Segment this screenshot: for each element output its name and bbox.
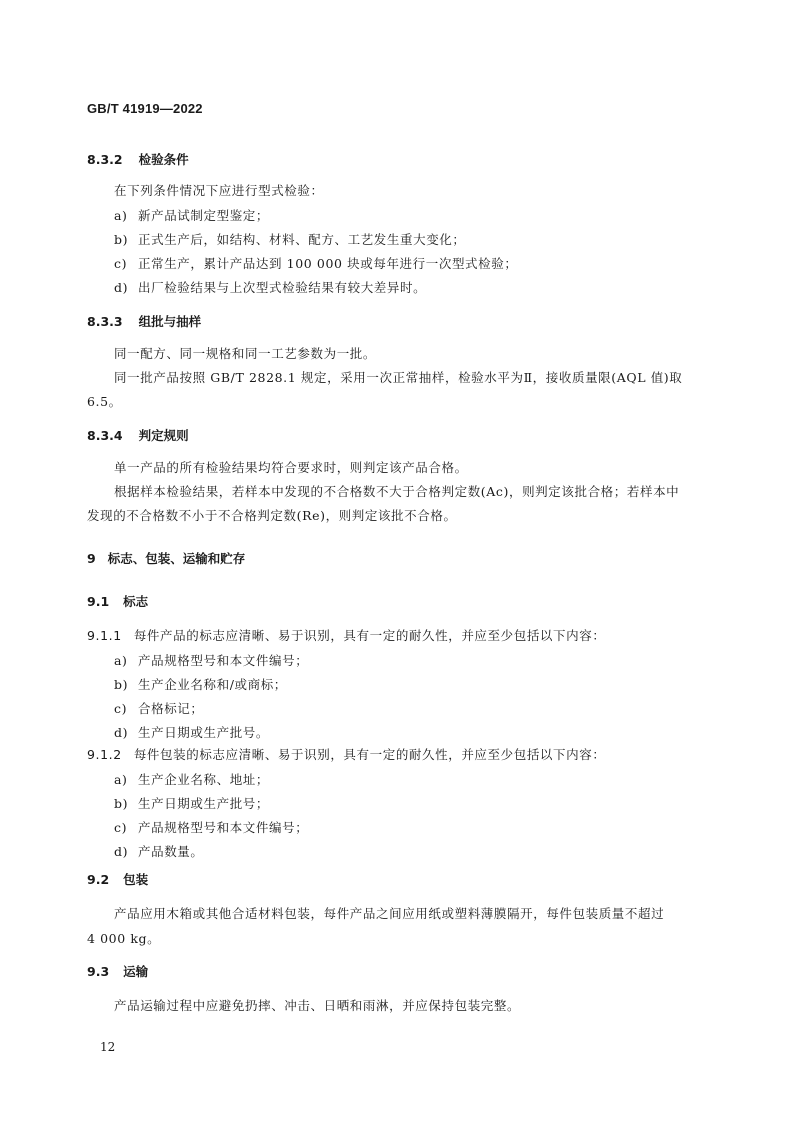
standard-number: GB/T 41919—2022 <box>87 101 203 116</box>
list-item: b)生产日期或生产批号； <box>114 794 269 812</box>
list-item: a)新产品试制定型鉴定； <box>114 206 269 224</box>
section-number: 8.3.4 <box>87 428 123 443</box>
list-label: b) <box>114 677 138 692</box>
heading-8-3-2: 8.3.2检验条件 <box>87 150 189 168</box>
list-text: 生产日期或生产批号； <box>138 796 269 811</box>
paragraph: 在下列条件情况下应进行型式检验： <box>114 181 324 199</box>
list-label: a) <box>114 772 138 787</box>
list-label: c) <box>114 820 138 835</box>
list-label: b) <box>114 232 138 247</box>
list-label: d) <box>114 280 138 295</box>
section-title: 标志 <box>123 594 148 609</box>
list-item: a)生产企业名称、地址； <box>114 770 269 788</box>
list-item: c)合格标记； <box>114 699 204 717</box>
section-title: 包装 <box>123 872 148 887</box>
list-text: 正常生产，累计产品达到 100 000 块或每年进行一次型式检验； <box>138 256 517 271</box>
section-title: 运输 <box>123 964 148 979</box>
section-number: 9.3 <box>87 964 109 979</box>
list-item: c)正常生产，累计产品达到 100 000 块或每年进行一次型式检验； <box>114 254 517 272</box>
heading-9-3: 9.3运输 <box>87 962 148 980</box>
list-label: b) <box>114 796 138 811</box>
paragraph-continuation: 6.5。 <box>87 392 122 410</box>
list-item: d)生产日期或生产批号。 <box>114 723 269 741</box>
list-label: c) <box>114 701 138 716</box>
heading-8-3-3: 8.3.3组批与抽样 <box>87 312 201 330</box>
list-text: 产品规格型号和本文件编号； <box>138 653 308 668</box>
list-text: 产品规格型号和本文件编号； <box>138 820 308 835</box>
section-number: 9.1.1 <box>87 628 122 643</box>
section-number: 9.1 <box>87 594 109 609</box>
list-text: 生产日期或生产批号。 <box>138 725 269 740</box>
paragraph-continuation: 发现的不合格数不小于不合格判定数(Re)，则判定该批不合格。 <box>87 506 457 524</box>
list-item: d)产品数量。 <box>114 842 204 860</box>
clause-text: 每件产品的标志应清晰、易于识别，具有一定的耐久性，并应至少包括以下内容： <box>134 628 606 643</box>
section-number: 8.3.3 <box>87 314 123 329</box>
section-title: 检验条件 <box>139 152 189 167</box>
list-text: 新产品试制定型鉴定； <box>138 208 269 223</box>
heading-8-3-4: 8.3.4判定规则 <box>87 426 189 444</box>
list-label: a) <box>114 653 138 668</box>
clause-9-1-2: 9.1.2每件包装的标志应清晰、易于识别，具有一定的耐久性，并应至少包括以下内容… <box>87 745 605 763</box>
paragraph: 根据样本检验结果，若样本中发现的不合格数不大于合格判定数(Ac)，则判定该批合格… <box>114 482 679 500</box>
list-item: c)产品规格型号和本文件编号； <box>114 818 308 836</box>
list-item: d)出厂检验结果与上次型式检验结果有较大差异时。 <box>114 278 426 296</box>
list-text: 生产企业名称、地址； <box>138 772 269 787</box>
section-number: 8.3.2 <box>87 152 123 167</box>
list-item: b)生产企业名称和/或商标； <box>114 675 287 693</box>
list-text: 生产企业名称和/或商标； <box>138 677 287 692</box>
paragraph: 产品运输过程中应避免扔摔、冲击、日晒和雨淋，并应保持包装完整。 <box>114 996 520 1014</box>
paragraph: 产品应用木箱或其他合适材料包装，每件产品之间应用纸或塑料薄膜隔开，每件包装质量不… <box>114 904 664 922</box>
heading-9-1: 9.1标志 <box>87 592 148 610</box>
section-title: 组批与抽样 <box>139 314 202 329</box>
page-number: 12 <box>100 1040 115 1054</box>
list-text: 合格标记； <box>138 701 204 716</box>
list-text: 正式生产后，如结构、材料、配方、工艺发生重大变化； <box>138 232 466 247</box>
section-number: 9 <box>87 551 96 566</box>
section-number: 9.2 <box>87 872 109 887</box>
heading-9: 9标志、包装、运输和贮存 <box>87 549 245 567</box>
list-label: d) <box>114 725 138 740</box>
heading-9-2: 9.2包装 <box>87 870 148 888</box>
list-item: b)正式生产后，如结构、材料、配方、工艺发生重大变化； <box>114 230 466 248</box>
paragraph: 同一批产品按照 GB/T 2828.1 规定，采用一次正常抽样，检验水平为Ⅱ，接… <box>114 368 682 386</box>
list-label: a) <box>114 208 138 223</box>
paragraph: 同一配方、同一规格和同一工艺参数为一批。 <box>114 344 376 362</box>
list-label: c) <box>114 256 138 271</box>
list-label: d) <box>114 844 138 859</box>
paragraph: 单一产品的所有检验结果均符合要求时，则判定该产品合格。 <box>114 458 468 476</box>
list-text: 产品数量。 <box>138 844 204 859</box>
clause-9-1-1: 9.1.1每件产品的标志应清晰、易于识别，具有一定的耐久性，并应至少包括以下内容… <box>87 626 605 644</box>
clause-text: 每件包装的标志应清晰、易于识别，具有一定的耐久性，并应至少包括以下内容： <box>134 747 606 762</box>
section-number: 9.1.2 <box>87 747 122 762</box>
section-title: 判定规则 <box>139 428 189 443</box>
paragraph-continuation: 4 000 kg。 <box>87 929 160 947</box>
list-item: a)产品规格型号和本文件编号； <box>114 651 308 669</box>
list-text: 出厂检验结果与上次型式检验结果有较大差异时。 <box>138 280 426 295</box>
section-title: 标志、包装、运输和贮存 <box>108 551 246 566</box>
